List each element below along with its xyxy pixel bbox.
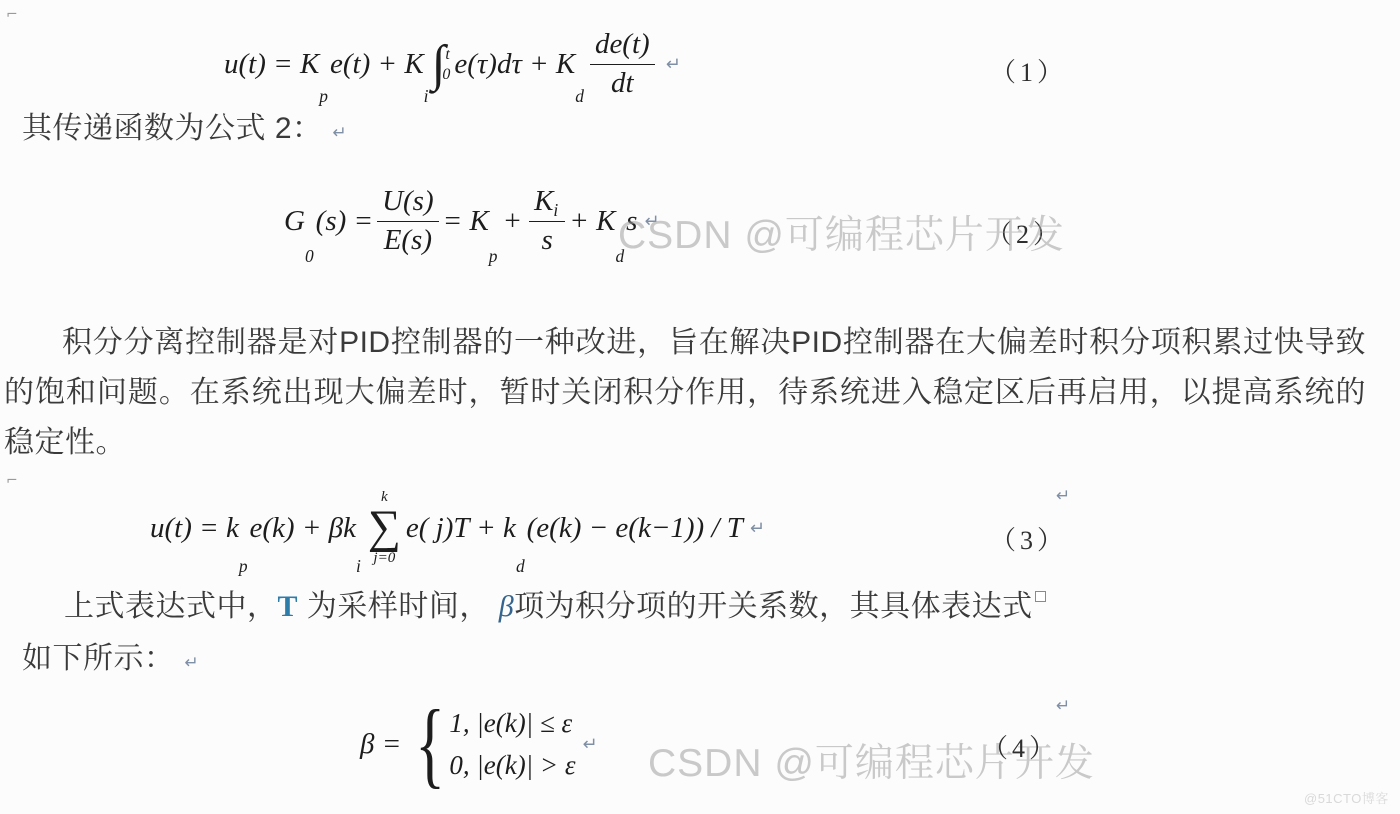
- equation-1-number: （1）: [990, 52, 1067, 89]
- equation-3: u(t) = kpe(k) + βki k ∑ j=0 e( j)T + kd …: [150, 486, 765, 570]
- expr-text-1: 上式表达式中，: [64, 590, 278, 623]
- eq2-mid1: = K: [443, 205, 489, 238]
- eq2-mid0: (s) =: [316, 205, 373, 238]
- eq1-lead: u(t) = K: [224, 48, 319, 81]
- intro-paragraph: 积分分离控制器是对PID控制器的一种改进，旨在解决PID控制器在大偏差时积分项积…: [4, 318, 1366, 468]
- below-shown-line: 如下所示：↵: [22, 634, 199, 684]
- integral-lower-limit: 0: [442, 67, 450, 83]
- eq2-sub-0: 0: [305, 248, 314, 265]
- csdn-watermark: CSDN @可编程芯片开发: [618, 204, 1065, 260]
- eq2-fraction-us-es: U(s) E(s): [377, 185, 439, 257]
- summation: k ∑ j=0: [368, 489, 401, 566]
- eq1-mid2: e(τ)dτ + K: [454, 48, 575, 81]
- eq1-sub-i: i: [424, 88, 429, 105]
- eq2-frac2-num-k: K: [534, 185, 553, 217]
- eq3-sub-d: d: [516, 558, 525, 575]
- equation-2: G0(s) = U(s) E(s) = Kp + Ki s + Kd s ↵: [284, 182, 660, 260]
- case-row-2: 0, |e(k)| > ε: [449, 749, 575, 781]
- paragraph-mark: ↵: [1056, 698, 1070, 715]
- eq3-sub-p: p: [239, 558, 248, 575]
- below-shown-text: 如下所示：: [22, 642, 175, 675]
- eq1-sub-d: d: [575, 88, 584, 105]
- eq1-frac-num: de(t): [590, 28, 655, 64]
- intro-paragraph-line3: 稳定性。: [4, 418, 1366, 468]
- integral-upper-limit: t: [445, 47, 453, 63]
- equation-4: β = { 1, |e(k)| ≤ ε 0, |e(k)| > ε ↵: [360, 696, 598, 792]
- paragraph-mark: ↵: [583, 734, 598, 755]
- paragraph-mark: ↵: [1056, 488, 1070, 505]
- corner-anchor-mark-top: ¬: [6, 8, 18, 22]
- eq2-frac2-num: Ki: [529, 185, 565, 222]
- eq1-mid1: e(t) + K: [330, 48, 424, 81]
- expr-token-beta: β: [499, 590, 514, 623]
- eq1-frac-den: dt: [611, 65, 634, 100]
- equation-1: u(t) = Kpe(t) + Ki ∫ t 0 e(τ)dτ + Kd de(…: [224, 28, 681, 100]
- paragraph-mark: ↵: [185, 653, 200, 673]
- eq3-tail: (e(k) − e(k−1)) / T: [527, 512, 743, 545]
- eq2-frac1-num: U(s): [377, 185, 439, 221]
- eq2-lead: G: [284, 205, 305, 238]
- eq2-frac2-num-sub-i: i: [553, 200, 558, 220]
- expr-text-3: 项为积分项的开关系数，其具体表达式: [514, 590, 1033, 623]
- summation-lower-limit: j=0: [373, 550, 395, 567]
- eq1-fraction: de(t) dt: [590, 28, 655, 100]
- paragraph-mark: ↵: [333, 123, 348, 143]
- transfer-function-line: 其传递函数为公式 2：↵: [22, 104, 347, 154]
- eq3-mid2: e( j)T + k: [406, 512, 516, 545]
- eq2-mid2: + K: [569, 205, 615, 238]
- eq3-sub-i: i: [356, 558, 361, 575]
- intro-paragraph-line1: 积分分离控制器是对PID控制器的一种改进，旨在解决PID控制器在大偏差时积分项积…: [4, 318, 1366, 368]
- eq1-sub-p: p: [319, 88, 328, 105]
- case-row-1: 1, |e(k)| ≤ ε: [449, 707, 575, 739]
- corner-anchor-mark-middle: ¬: [6, 474, 18, 488]
- transfer-function-text: 其传递函数为公式 2：: [22, 112, 323, 145]
- eq2-fraction-ki-s: Ki s: [529, 185, 565, 258]
- eq2-plus: +: [503, 205, 523, 238]
- eq3-mid1: e(k) + βk: [250, 512, 356, 545]
- eq2-frac1-den: E(s): [384, 222, 432, 257]
- intro-paragraph-line2: 的饱和问题。在系统出现大偏差时，暂时关闭积分作用，待系统进入稳定区后再启用，以提…: [4, 368, 1366, 418]
- cases-brace: {: [415, 701, 445, 787]
- cases-rows: 1, |e(k)| ≤ ε 0, |e(k)| > ε: [449, 707, 575, 781]
- integral: ∫ t 0: [432, 41, 454, 87]
- eq2-frac2-den: s: [542, 222, 553, 257]
- paragraph-mark: ↵: [666, 54, 681, 75]
- paragraph-mark: ↵: [750, 518, 765, 539]
- equation-4-number: （4）: [982, 728, 1059, 765]
- 51cto-watermark: @51CTO博客: [1304, 788, 1389, 807]
- object-anchor-mark: [1035, 591, 1046, 602]
- eq4-lead: β =: [360, 728, 401, 761]
- expr-token-T: T: [278, 590, 299, 623]
- expression-description-line: 上式表达式中，T 为采样时间， β项为积分项的开关系数，其具体表达式: [64, 582, 1046, 632]
- eq2-sub-p: p: [489, 248, 498, 265]
- equation-3-number: （3）: [990, 520, 1067, 557]
- summation-sign: ∑: [368, 506, 401, 550]
- eq3-lead: u(t) = k: [150, 512, 239, 545]
- expr-text-2: 为采样时间，: [298, 590, 499, 623]
